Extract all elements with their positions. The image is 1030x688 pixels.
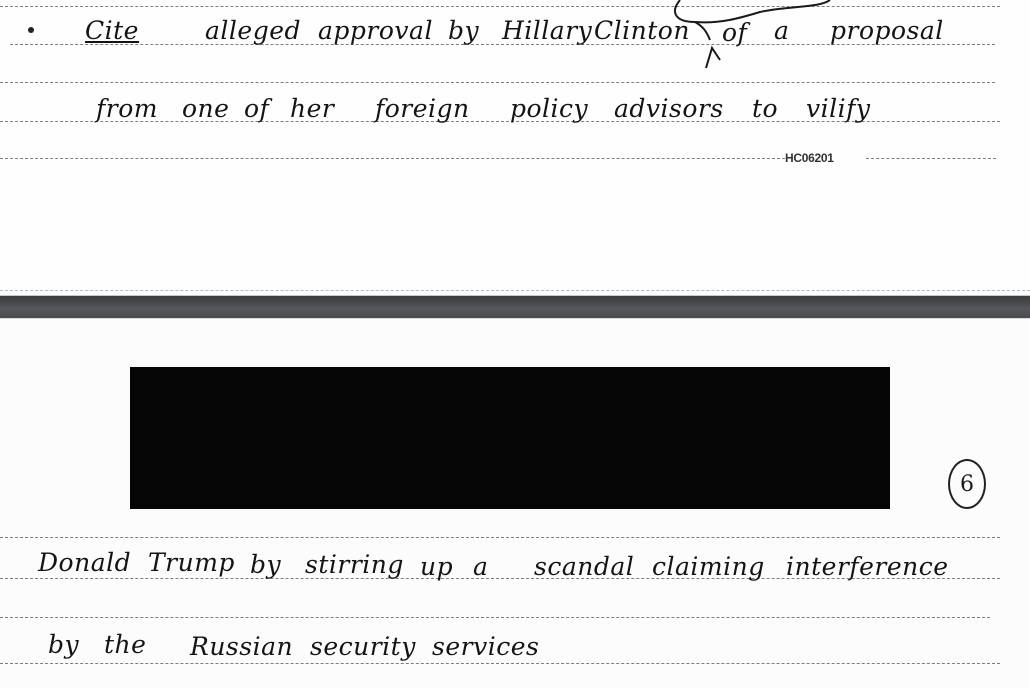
page-separator <box>0 295 1030 319</box>
handwritten-word: by <box>48 630 79 659</box>
handwritten-word: Clinton <box>594 16 690 45</box>
handwritten-word: Donald <box>38 548 131 577</box>
handwritten-word: vilify <box>806 94 871 123</box>
handwritten-word: advisors <box>614 94 724 123</box>
handwritten-word: Hillary <box>502 16 592 45</box>
handwritten-word: one <box>182 94 229 123</box>
handwritten-word: a <box>473 552 488 581</box>
ruled-line <box>0 537 1000 538</box>
circled-page-number: 6 <box>948 459 986 509</box>
handwritten-word: of <box>244 94 269 123</box>
handwritten-word: her <box>290 94 334 123</box>
handwritten-word: claiming <box>652 552 765 581</box>
handwritten-word: policy <box>510 94 588 123</box>
handwritten-word: alleged <box>205 16 301 45</box>
handwritten-word: up <box>420 552 453 581</box>
page-edge-line <box>0 290 1030 291</box>
handwritten-word: Trump <box>148 548 235 577</box>
redaction-block <box>130 367 890 509</box>
handwritten-word: services <box>432 632 539 661</box>
handwritten-word: Russian <box>190 632 293 661</box>
ruled-line <box>0 82 995 83</box>
handwritten-word: scandal <box>534 552 634 581</box>
handwritten-word: stirring <box>305 550 404 579</box>
handwritten-word: the <box>104 630 146 659</box>
bates-number: HC06201 <box>785 151 834 165</box>
handwritten-word: security <box>310 632 416 661</box>
handwritten-word: from <box>96 94 158 123</box>
bullet-icon <box>28 27 34 33</box>
handwritten-word: to <box>752 94 778 123</box>
handwritten-word: interference <box>786 552 949 581</box>
handwritten-word-inserted: of <box>722 18 747 47</box>
ruled-line <box>0 663 1000 664</box>
handwritten-word: Cite <box>85 16 139 45</box>
ruled-line <box>0 6 1000 7</box>
handwritten-word: by <box>250 550 281 579</box>
ruled-line <box>866 158 996 159</box>
handwritten-word: proposal <box>830 16 944 45</box>
ruled-line <box>0 158 785 159</box>
handwritten-word: foreign <box>375 94 470 123</box>
handwritten-word: a <box>774 16 789 45</box>
page-top: Cite alleged approval by Hillary Clinton… <box>0 0 1030 295</box>
handwritten-word: approval <box>318 16 433 45</box>
ruled-line <box>0 617 990 618</box>
document-viewer[interactable]: Cite alleged approval by Hillary Clinton… <box>0 0 1030 688</box>
handwritten-word: by <box>448 16 479 45</box>
